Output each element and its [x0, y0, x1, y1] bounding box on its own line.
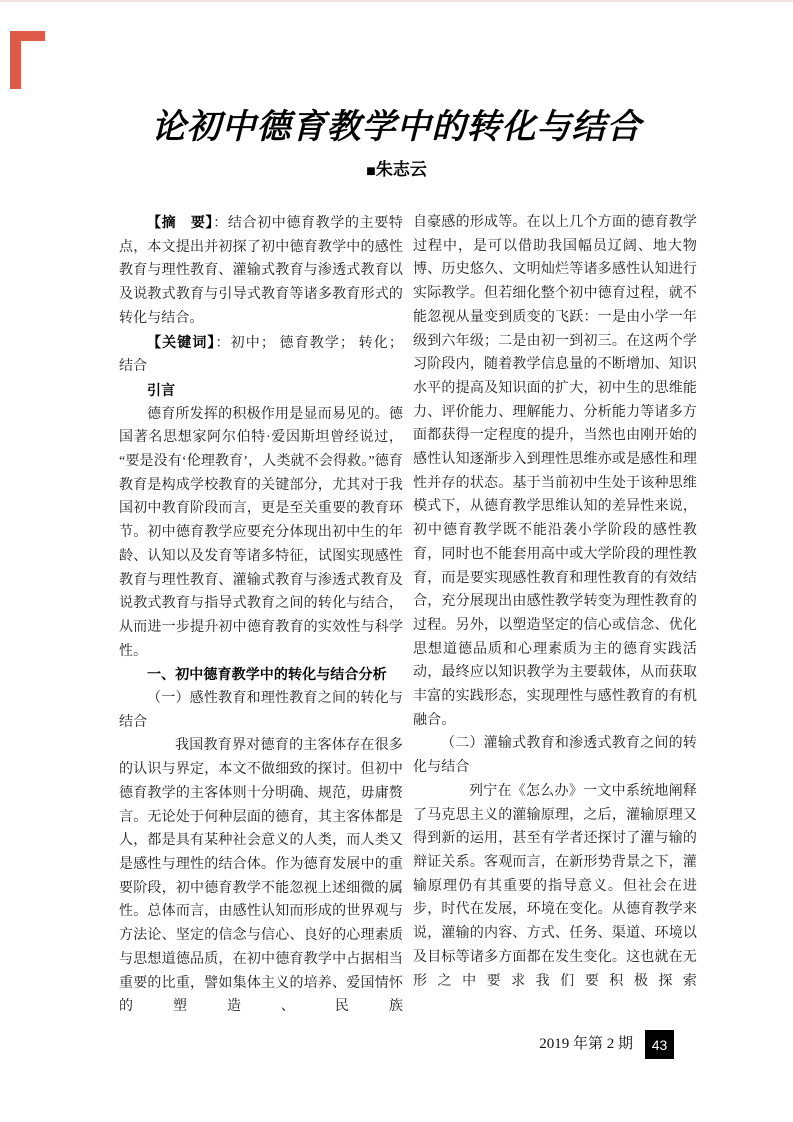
journal-page: 论初中德育教学中的转化与结合 ■朱志云 【摘 要】：结合初中德育教学的主要特点，…	[0, 0, 793, 1122]
sub2-heading: （二）灌输式教育和渗透式教育之间的转化与结合	[413, 732, 697, 779]
intro-paragraph: 德育所发挥的积极作用是显而易见的。德国著名思想家阿尔伯特·爱因斯坦曾经说过，“要…	[119, 403, 403, 664]
page-number-badge: 43	[645, 1030, 674, 1059]
author-name: 朱志云	[376, 160, 427, 179]
page-title: 论初中德育教学中的转化与结合	[0, 104, 793, 150]
abstract-text: ：结合初中德育教学的主要特点，本文提出并初探了初中德育教学中的感性教育与理性教育…	[119, 216, 403, 326]
sub1-heading: （一）感性教育和理性教育之间的转化与结合	[119, 687, 403, 734]
abstract-label: 【摘 要】	[147, 214, 213, 230]
corner-mark-horizontal-bar	[10, 31, 45, 41]
keywords-label: 【关键词】	[147, 334, 216, 350]
sub1-paragraph-continued: 自豪感的形成等。在以上几个方面的德育教学过程中，是可以借助我国幅员辽阔、地大物博…	[413, 211, 697, 732]
sub1-paragraph-left: 我国教育界对德育的主客体存在很多的认识与界定，本文不做细致的探讨。但初中德育教学…	[119, 734, 403, 1018]
keywords-paragraph: 【关键词】：初中； 德育教学； 转化； 结合	[119, 331, 403, 379]
left-column: 【摘 要】：结合初中德育教学的主要特点，本文提出并初探了初中德育教学中的感性教育…	[119, 211, 403, 1019]
section1-heading: 一、初中德育教学中的转化与结合分析	[119, 663, 403, 687]
issue-label: 2019 年第 2 期	[539, 1030, 633, 1059]
right-column: 自豪感的形成等。在以上几个方面的德育教学过程中，是可以借助我国幅员辽阔、地大物博…	[413, 211, 697, 1019]
intro-heading: 引言	[119, 379, 403, 403]
author-marker-icon: ■	[366, 161, 376, 183]
scan-edge-line	[0, 0, 793, 2]
sub2-paragraph: 列宁在《怎么办》一文中系统地阐释了马克思主义的灌输原理，之后，灌输原理又得到新的…	[413, 780, 697, 993]
article-body: 【摘 要】：结合初中德育教学的主要特点，本文提出并初探了初中德育教学中的感性教育…	[119, 211, 697, 1019]
abstract-paragraph: 【摘 要】：结合初中德育教学的主要特点，本文提出并初探了初中德育教学中的感性教育…	[119, 211, 403, 331]
page-footer: 2019 年第 2 期 43	[539, 1030, 674, 1059]
author-line: ■朱志云	[0, 159, 793, 183]
